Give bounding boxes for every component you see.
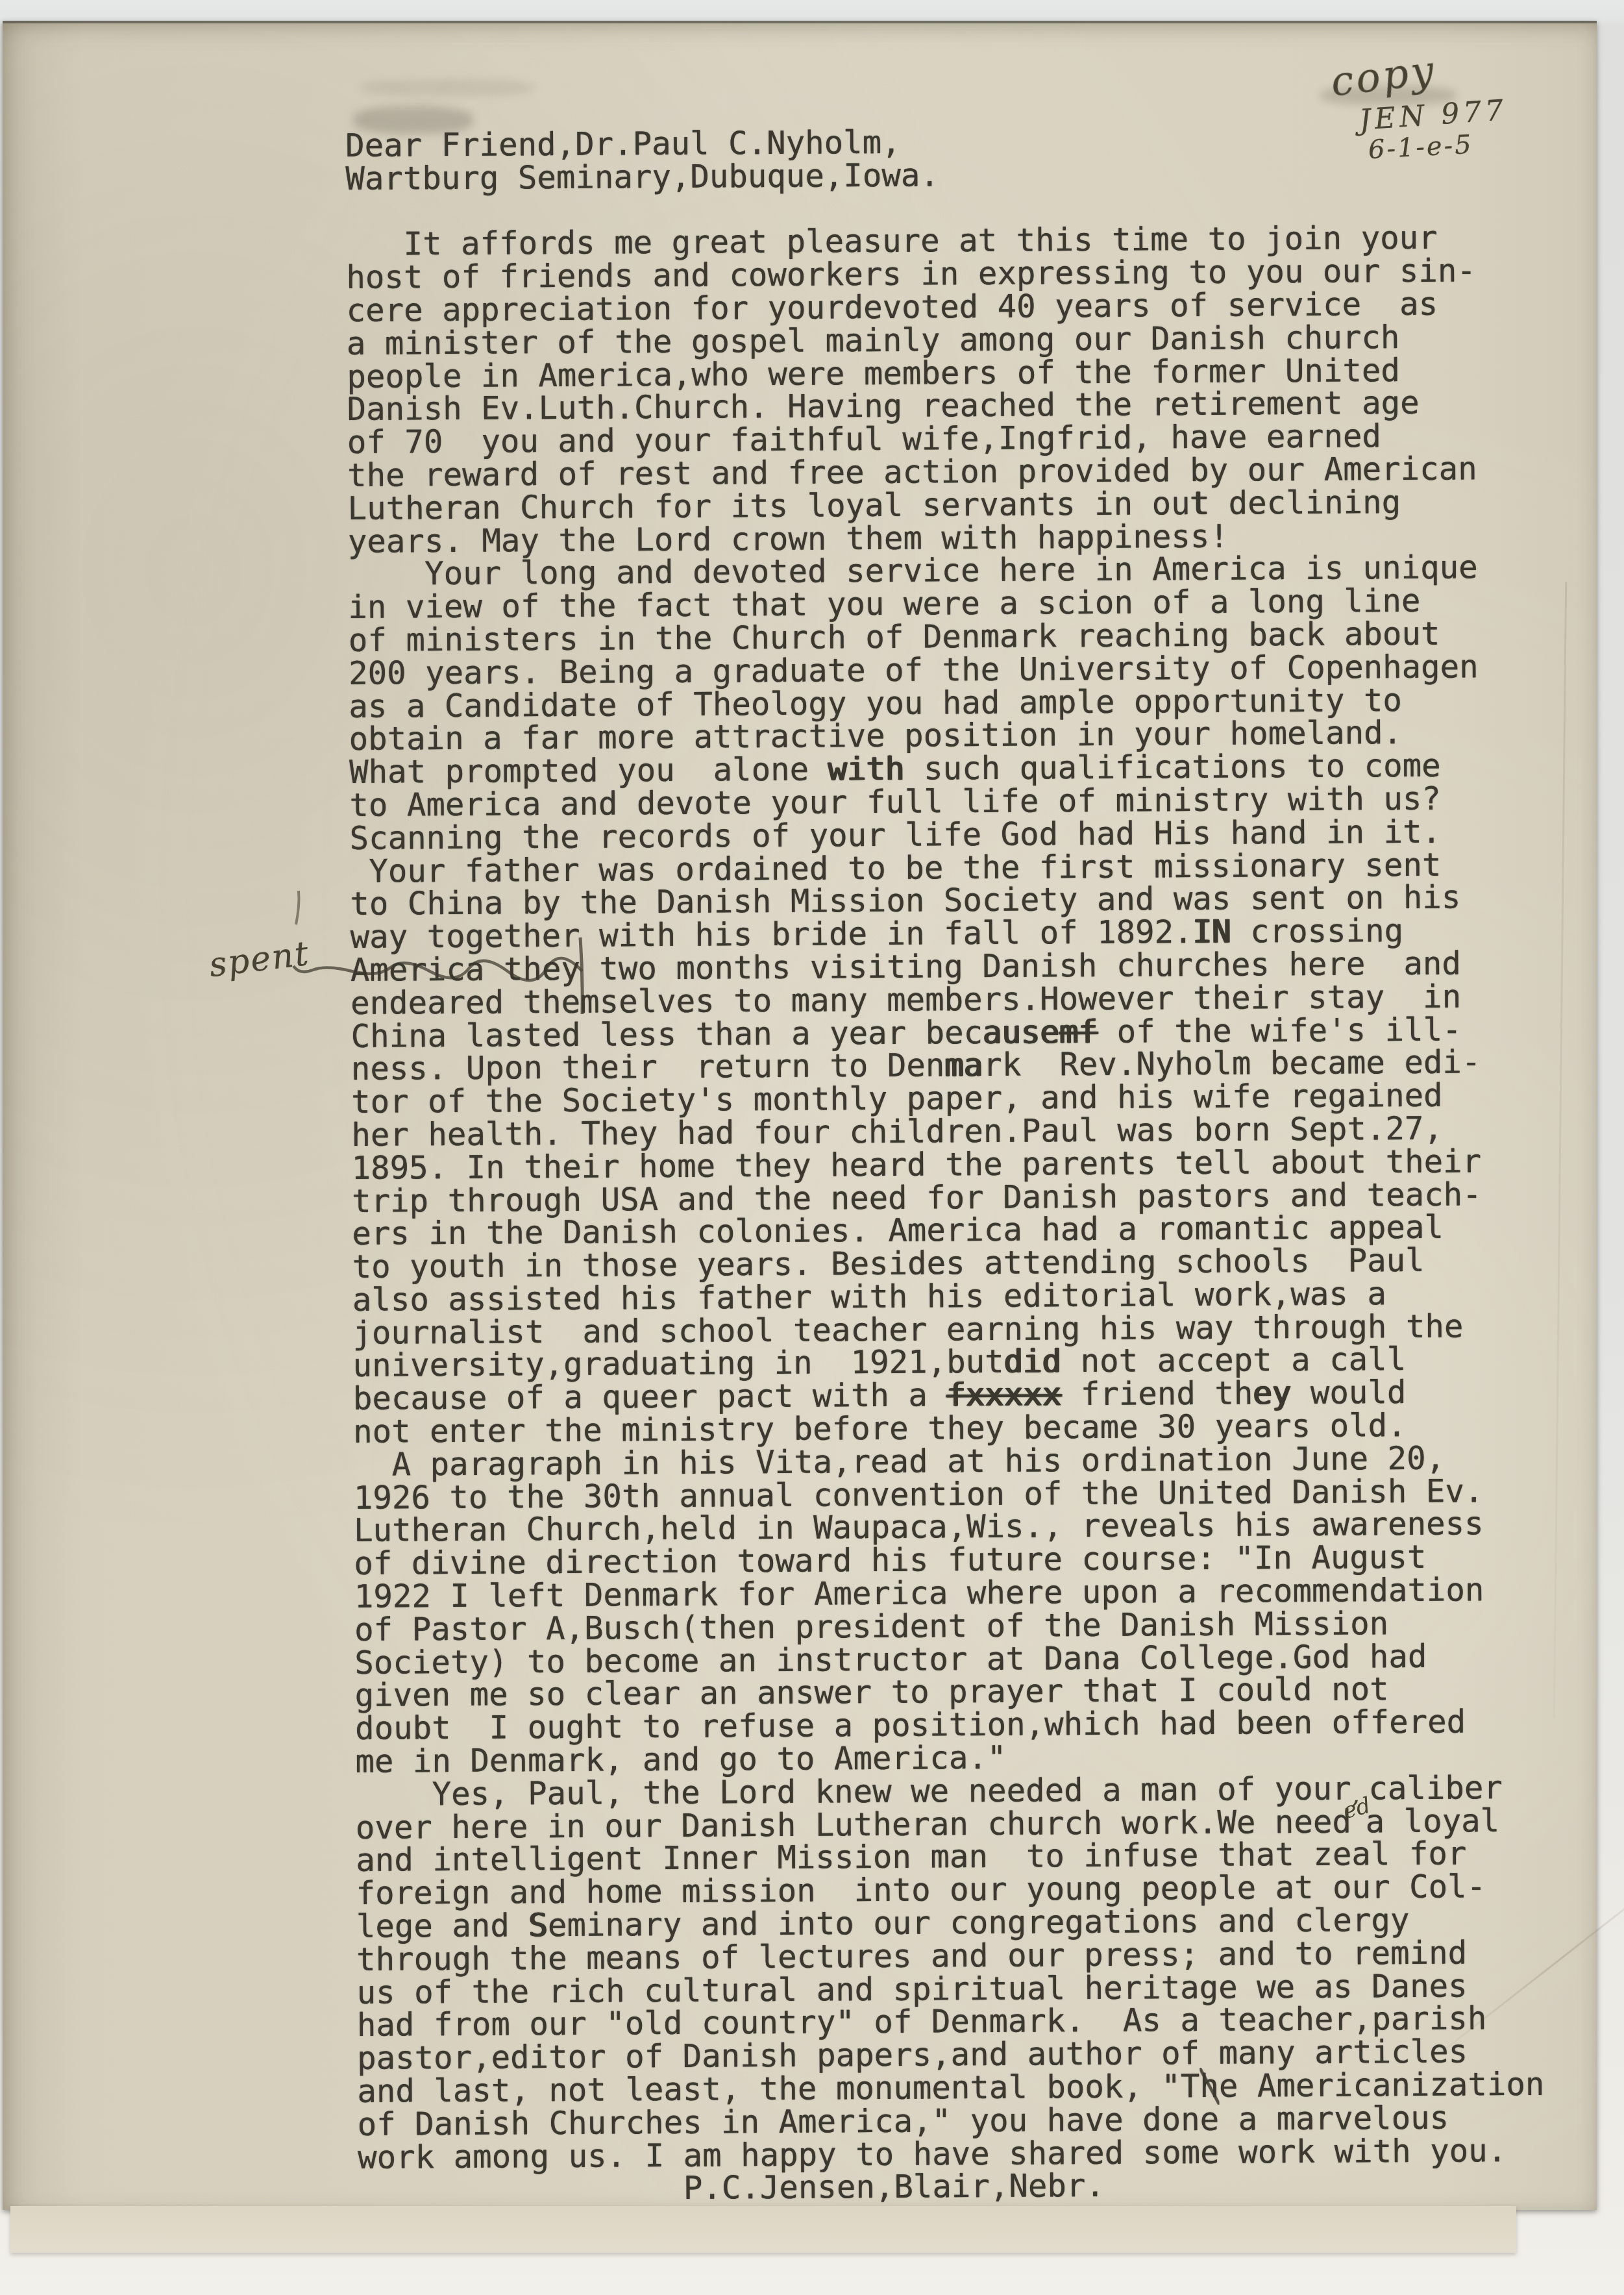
text-segment: lege and [356,1907,529,1945]
text-segment: ause [983,1013,1059,1051]
text-segment: fxxxxx [946,1376,1061,1414]
text-segment: with [828,751,904,788]
text-segment: Wartburg Seminary,Dubuque,Iowa. [345,156,939,197]
text-segment: would [1291,1374,1406,1411]
text-segment: h [1200,2068,1219,2105]
text-segment: t [1190,485,1209,522]
text-segment: e Americanization [1219,2066,1545,2105]
text-segment: did [1003,1343,1061,1381]
text-segment: S [528,1907,548,1944]
text-segment: mf [1059,1013,1098,1050]
text-segment: friend th [1061,1375,1253,1413]
text-segment: ey [1253,1374,1291,1411]
erased-text-smudge [361,79,535,96]
text-segment: a loyal [1365,1802,1499,1840]
text-segment: ma [944,1047,983,1084]
text-segment: P.C.Jensen,Blair,Nebr. [358,2167,1105,2209]
handwritten-insertion-spent: spent [207,934,312,985]
text-segment: crossing [1231,912,1403,950]
under-sheet-edge [10,2206,1516,2253]
letter-paper-sheet: copy JEN 977 6-1-e-5 spent Dear Friend,D… [3,21,1597,2210]
text-segment: IN [1192,913,1231,950]
letter-line: P.C.Jensen,Blair,Nebr. [358,2167,1565,2207]
text-segment: declining [1209,484,1401,522]
letter-body: Dear Friend,Dr.Paul C.Nyholm,Wartburg Se… [345,123,1566,2208]
text-segment: caliber [1368,1769,1503,1807]
scanned-letter-page: { "annotations": { "copy_note": "copy", … [0,0,1624,2295]
